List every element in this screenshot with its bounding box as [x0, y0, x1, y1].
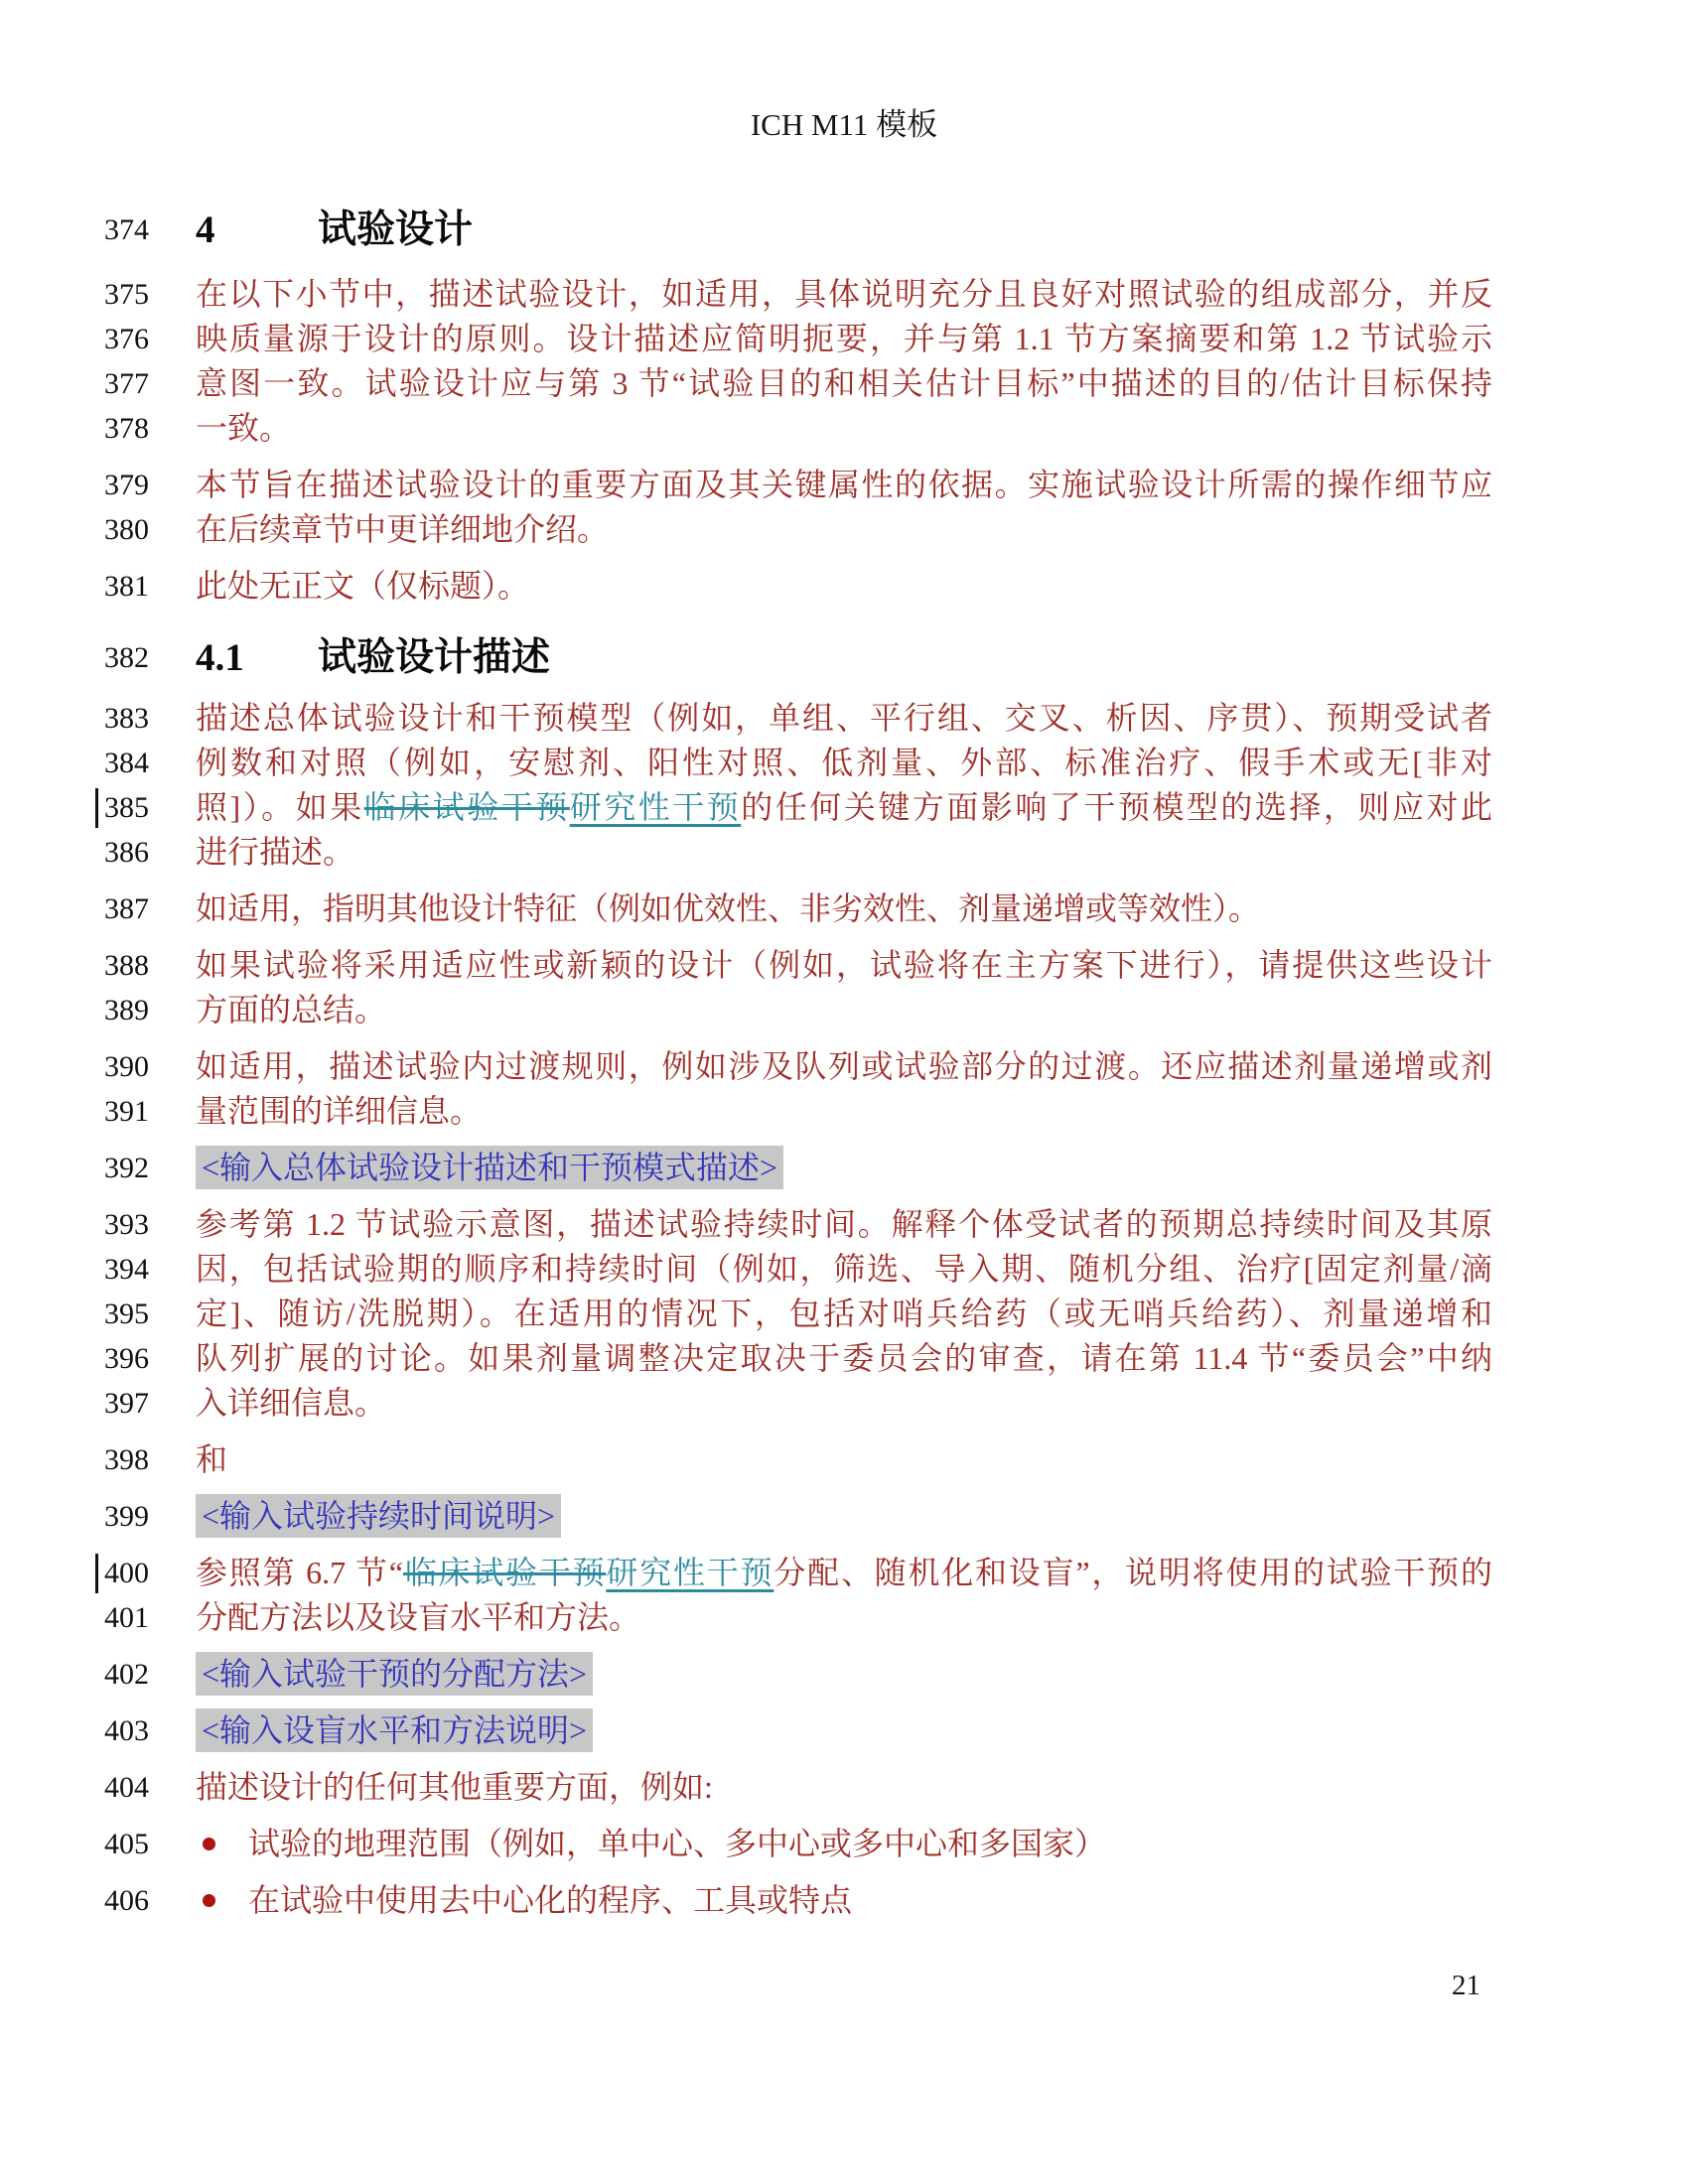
line-text: 在试验中使用去中心化的程序、工具或特点: [196, 1878, 1492, 1923]
document-line: 387如适用，指明其他设计特征（例如优效性、非劣效性、剂量递增或等效性）。: [99, 887, 1589, 931]
body-text: 参照第 6.7 节“: [196, 1555, 403, 1590]
line-number: 403: [99, 1708, 149, 1753]
section-heading-text: 4.1试验设计描述: [196, 632, 1492, 684]
line-number: 386: [99, 830, 149, 875]
document-line: 388如果试验将采用适应性或新颖的设计（例如，试验将在主方案下进行），请提供这些…: [99, 943, 1589, 988]
document-page: ICH M11 模板 3744试验设计375在以下小节中，描述试验设计，如适用，…: [0, 0, 1688, 2184]
document-line: 406在试验中使用去中心化的程序、工具或特点: [99, 1878, 1589, 1923]
inserted-text: 研究性干预: [606, 1555, 774, 1590]
line-number: 397: [99, 1381, 149, 1426]
body-text: 进行描述。: [196, 834, 354, 870]
line-number: 406: [99, 1878, 149, 1923]
document-line: 386进行描述。: [99, 830, 1589, 875]
line-text: <输入总体试验设计描述和干预模式描述>: [196, 1146, 1492, 1190]
line-number: 380: [99, 507, 149, 552]
line-number: 376: [99, 317, 149, 361]
bullet-text: 在试验中使用去中心化的程序、工具或特点: [248, 1878, 852, 1923]
document-line: 389方面的总结。: [99, 988, 1589, 1032]
body-text: 因，包括试验期的顺序和持续时间（例如，筛选、导入期、随机分组、治疗[固定剂量/滴: [196, 1251, 1492, 1287]
line-text: 如适用，指明其他设计特征（例如优效性、非劣效性、剂量递增或等效性）。: [196, 887, 1492, 931]
line-text: 此处无正文（仅标题）。: [196, 564, 1492, 609]
bullet-text: 试验的地理范围（例如，单中心、多中心或多中心和多国家）: [248, 1822, 1106, 1866]
body-text: 参考第 1.2 节试验示意图，描述试验持续时间。解释个体受试者的预期总持续时间及…: [196, 1206, 1492, 1242]
change-bar: [95, 788, 98, 828]
line-text: 意图一致。试验设计应与第 3 节“试验目的和相关估计目标”中描述的目的/估计目标…: [196, 361, 1492, 406]
line-text: <输入设盲水平和方法说明>: [196, 1708, 1492, 1753]
line-number: 399: [99, 1494, 149, 1539]
body-text: 如果试验将采用适应性或新颖的设计（例如，试验将在主方案下进行），请提供这些设计: [196, 947, 1492, 983]
line-text: 映质量源于设计的原则。设计描述应简明扼要，并与第 1.1 节方案摘要和第 1.2…: [196, 317, 1492, 361]
line-number: 391: [99, 1089, 149, 1134]
line-text: 试验的地理范围（例如，单中心、多中心或多中心和多国家）: [196, 1822, 1492, 1866]
line-number: 404: [99, 1765, 149, 1810]
line-number: 387: [99, 887, 149, 931]
line-text: 参考第 1.2 节试验示意图，描述试验持续时间。解释个体受试者的预期总持续时间及…: [196, 1202, 1492, 1247]
line-number: 396: [99, 1336, 149, 1381]
line-number: 402: [99, 1652, 149, 1697]
line-text: 描述总体试验设计和干预模型（例如，单组、平行组、交叉、析因、序贯）、预期受试者: [196, 696, 1492, 741]
line-number: 377: [99, 361, 149, 406]
section-number: 4.1: [196, 632, 318, 684]
line-number: 378: [99, 406, 149, 451]
line-text: 在以下小节中，描述试验设计，如适用，具体说明充分且良好对照试验的组成部分，并反: [196, 272, 1492, 317]
document-line: 383描述总体试验设计和干预模型（例如，单组、平行组、交叉、析因、序贯）、预期受…: [99, 696, 1589, 741]
document-line: 396队列扩展的讨论。如果剂量调整决定取决于委员会的审查，请在第 11.4 节“…: [99, 1336, 1589, 1381]
line-text: 因，包括试验期的顺序和持续时间（例如，筛选、导入期、随机分组、治疗[固定剂量/滴: [196, 1247, 1492, 1292]
body-text: 如适用，指明其他设计特征（例如优效性、非劣效性、剂量递增或等效性）。: [196, 890, 1260, 926]
document-line: 397入详细信息。: [99, 1381, 1589, 1426]
document-line: 405试验的地理范围（例如，单中心、多中心或多中心和多国家）: [99, 1822, 1589, 1866]
deleted-text: 临床试验干预: [364, 789, 570, 825]
line-number: 401: [99, 1595, 149, 1640]
document-line: 390如适用，描述试验内过渡规则，例如涉及队列或试验部分的过渡。还应描述剂量递增…: [99, 1044, 1589, 1089]
bullet-icon: [203, 1838, 215, 1850]
body-text: 和: [196, 1441, 227, 1477]
line-number: 392: [99, 1146, 149, 1190]
document-line: 399<输入试验持续时间说明>: [99, 1494, 1589, 1539]
line-text: 如适用，描述试验内过渡规则，例如涉及队列或试验部分的过渡。还应描述剂量递增或剂: [196, 1044, 1492, 1089]
body-text: 如适用，描述试验内过渡规则，例如涉及队列或试验部分的过渡。还应描述剂量递增或剂: [196, 1048, 1492, 1084]
document-line: 380在后续章节中更详细地介绍。: [99, 507, 1589, 552]
line-text: 和: [196, 1437, 1492, 1482]
document-line: 392<输入总体试验设计描述和干预模式描述>: [99, 1146, 1589, 1190]
body-text: 定]、随访/洗脱期）。在适用的情况下，包括对哨兵给药（或无哨兵给药）、剂量递增和: [196, 1296, 1492, 1331]
line-number: 394: [99, 1247, 149, 1292]
line-text: 进行描述。: [196, 830, 1492, 875]
body-text: 描述总体试验设计和干预模型（例如，单组、平行组、交叉、析因、序贯）、预期受试者: [196, 700, 1492, 736]
line-text: 方面的总结。: [196, 988, 1492, 1032]
line-text: 队列扩展的讨论。如果剂量调整决定取决于委员会的审查，请在第 11.4 节“委员会…: [196, 1336, 1492, 1381]
line-text: 分配方法以及设盲水平和方法。: [196, 1595, 1492, 1640]
document-line: 403<输入设盲水平和方法说明>: [99, 1708, 1589, 1753]
document-line: 401分配方法以及设盲水平和方法。: [99, 1595, 1589, 1640]
body-text: 此处无正文（仅标题）。: [196, 568, 529, 604]
placeholder-field[interactable]: <输入试验持续时间说明>: [196, 1494, 561, 1538]
body-text: 意图一致。试验设计应与第 3 节“试验目的和相关估计目标”中描述的目的/估计目标…: [196, 365, 1492, 401]
document-line: 384例数和对照（例如，安慰剂、阳性对照、低剂量、外部、标准治疗、假手术或无[非…: [99, 741, 1589, 785]
heading-section-4-1: 3824.1试验设计描述: [99, 632, 1589, 684]
document-line: 375在以下小节中，描述试验设计，如适用，具体说明充分且良好对照试验的组成部分，…: [99, 272, 1589, 317]
line-number: 388: [99, 943, 149, 988]
line-text: 描述设计的任何其他重要方面，例如:: [196, 1765, 1492, 1810]
document-line: 402<输入试验干预的分配方法>: [99, 1652, 1589, 1697]
section-title: 试验设计描述: [318, 636, 550, 679]
placeholder-field[interactable]: <输入总体试验设计描述和干预模式描述>: [196, 1146, 783, 1189]
bullet-icon: [203, 1894, 215, 1907]
body-text: 方面的总结。: [196, 992, 386, 1027]
page-number: 21: [1452, 1970, 1480, 2002]
placeholder-field[interactable]: <输入试验干预的分配方法>: [196, 1652, 593, 1696]
line-number: 379: [99, 463, 149, 507]
heading-section-4: 3744试验设计: [99, 205, 1589, 256]
body-text: 入详细信息。: [196, 1385, 386, 1421]
document-line: 404描述设计的任何其他重要方面，例如:: [99, 1765, 1589, 1810]
line-text: 照]）。如果临床试验干预研究性干预的任何关键方面影响了干预模型的选择，则应对此: [196, 785, 1492, 830]
line-number: 374: [99, 205, 149, 256]
document-line: 394因，包括试验期的顺序和持续时间（例如，筛选、导入期、随机分组、治疗[固定剂…: [99, 1247, 1589, 1292]
document-line: 379本节旨在描述试验设计的重要方面及其关键属性的依据。实施试验设计所需的操作细…: [99, 463, 1589, 507]
placeholder-field[interactable]: <输入设盲水平和方法说明>: [196, 1708, 593, 1752]
body-text: 照]）。如果: [196, 789, 364, 825]
document-line: 385照]）。如果临床试验干预研究性干预的任何关键方面影响了干预模型的选择，则应…: [99, 785, 1589, 830]
inserted-text: 研究性干预: [570, 789, 742, 825]
line-number: 381: [99, 564, 149, 609]
document-line: 391量范围的详细信息。: [99, 1089, 1589, 1134]
body-text: 的任何关键方面影响了干预模型的选择，则应对此: [741, 789, 1492, 825]
document-line: 398和: [99, 1437, 1589, 1482]
body-text: 例数和对照（例如，安慰剂、阳性对照、低剂量、外部、标准治疗、假手术或无[非对: [196, 745, 1492, 780]
page-header: ICH M11 模板: [196, 99, 1492, 144]
body-text: 在以下小节中，描述试验设计，如适用，具体说明充分且良好对照试验的组成部分，并反: [196, 276, 1492, 312]
body-text: 映质量源于设计的原则。设计描述应简明扼要，并与第 1.1 节方案摘要和第 1.2…: [196, 321, 1492, 356]
line-number: 383: [99, 696, 149, 741]
body-text: 本节旨在描述试验设计的重要方面及其关键属性的依据。实施试验设计所需的操作细节应: [196, 467, 1492, 502]
line-number: 375: [99, 272, 149, 317]
document-line: 395定]、随访/洗脱期）。在适用的情况下，包括对哨兵给药（或无哨兵给药）、剂量…: [99, 1292, 1589, 1336]
body-text: 分配方法以及设盲水平和方法。: [196, 1599, 640, 1635]
document-line: 381此处无正文（仅标题）。: [99, 564, 1589, 609]
change-bar: [95, 1554, 98, 1593]
line-number: 400: [99, 1551, 149, 1595]
line-text: 量范围的详细信息。: [196, 1089, 1492, 1134]
body-text: 一致。: [196, 410, 291, 446]
line-number: 382: [99, 632, 149, 684]
line-text: 定]、随访/洗脱期）。在适用的情况下，包括对哨兵给药（或无哨兵给药）、剂量递增和: [196, 1292, 1492, 1336]
line-number: 384: [99, 741, 149, 785]
document-body: 3744试验设计375在以下小节中，描述试验设计，如适用，具体说明充分且良好对照…: [99, 205, 1589, 1923]
document-line: 377意图一致。试验设计应与第 3 节“试验目的和相关估计目标”中描述的目的/估…: [99, 361, 1589, 406]
line-number: 395: [99, 1292, 149, 1336]
line-text: 在后续章节中更详细地介绍。: [196, 507, 1492, 552]
document-line: 378一致。: [99, 406, 1589, 451]
line-number: 398: [99, 1437, 149, 1482]
section-heading-text: 4试验设计: [196, 205, 1492, 256]
line-number: 405: [99, 1822, 149, 1866]
line-number: 389: [99, 988, 149, 1032]
document-line: 393参考第 1.2 节试验示意图，描述试验持续时间。解释个体受试者的预期总持续…: [99, 1202, 1589, 1247]
line-text: 一致。: [196, 406, 1492, 451]
body-text: 在后续章节中更详细地介绍。: [196, 511, 609, 547]
document-line: 400参照第 6.7 节“临床试验干预研究性干预分配、随机化和设盲”，说明将使用…: [99, 1551, 1589, 1595]
line-text: 例数和对照（例如，安慰剂、阳性对照、低剂量、外部、标准治疗、假手术或无[非对: [196, 741, 1492, 785]
body-text: 量范围的详细信息。: [196, 1093, 482, 1129]
line-number: 393: [99, 1202, 149, 1247]
body-text: 描述设计的任何其他重要方面，例如:: [196, 1769, 713, 1805]
line-number: 385: [99, 785, 149, 830]
body-text: 分配、随机化和设盲”，说明将使用的试验干预的: [774, 1555, 1492, 1590]
line-text: 入详细信息。: [196, 1381, 1492, 1426]
line-text: <输入试验干预的分配方法>: [196, 1652, 1492, 1697]
body-text: 队列扩展的讨论。如果剂量调整决定取决于委员会的审查，请在第 11.4 节“委员会…: [196, 1340, 1492, 1376]
section-title: 试验设计: [318, 208, 473, 251]
line-text: <输入试验持续时间说明>: [196, 1494, 1492, 1539]
section-number: 4: [196, 205, 318, 256]
line-text: 本节旨在描述试验设计的重要方面及其关键属性的依据。实施试验设计所需的操作细节应: [196, 463, 1492, 507]
document-line: 376映质量源于设计的原则。设计描述应简明扼要，并与第 1.1 节方案摘要和第 …: [99, 317, 1589, 361]
deleted-text: 临床试验干预: [403, 1555, 606, 1590]
line-text: 参照第 6.7 节“临床试验干预研究性干预分配、随机化和设盲”，说明将使用的试验…: [196, 1551, 1492, 1595]
line-number: 390: [99, 1044, 149, 1089]
line-text: 如果试验将采用适应性或新颖的设计（例如，试验将在主方案下进行），请提供这些设计: [196, 943, 1492, 988]
